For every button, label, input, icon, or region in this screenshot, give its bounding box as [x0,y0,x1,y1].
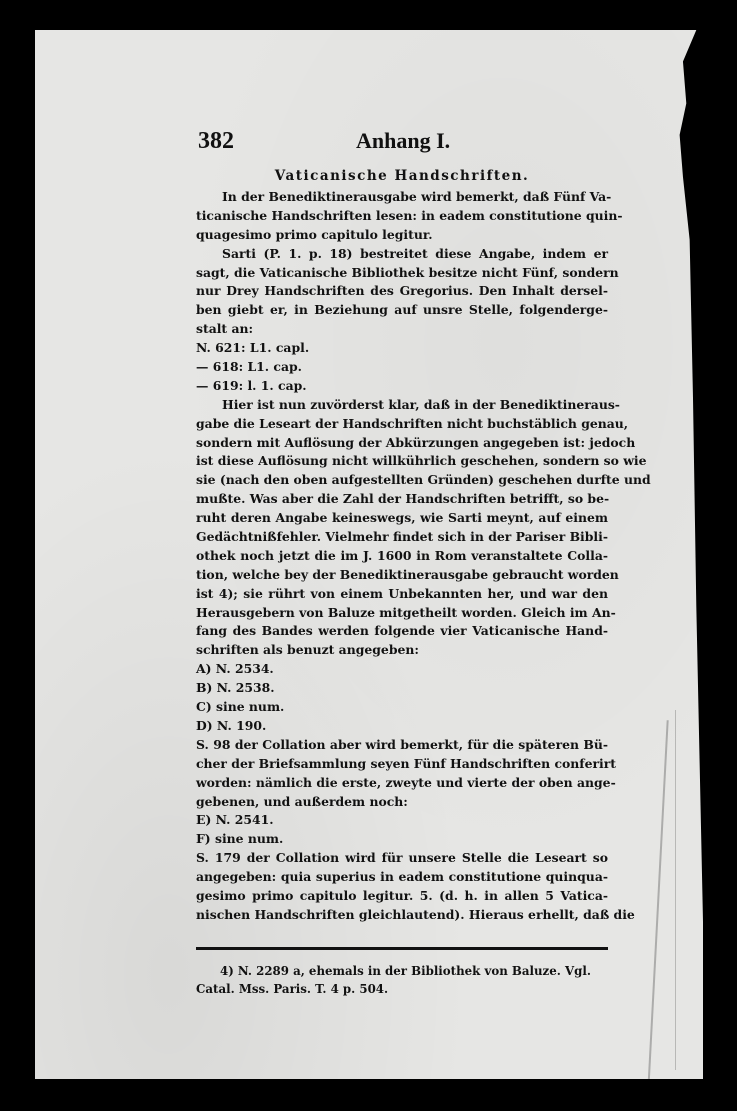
text-line: In der Benediktinerausgabe wird bemerkt,… [196,188,608,207]
text-line: sondern mit Auflösung der Abkürzungen an… [196,434,608,453]
text-line: worden: nämlich die erste, zweyte und vi… [196,774,608,793]
page-number: 382 [198,128,234,155]
text-line: sie (nach den oben aufgestellten Gründen… [196,471,608,490]
text-line: angegeben: quia superius in eadem consti… [196,868,608,887]
text-line: fang des Bandes werden folgende vier Vat… [196,622,608,641]
text-line: gesimo primo capitulo legitur. 5. (d. h.… [196,887,608,906]
footnote-line: Catal. Mss. Paris. T. 4 p. 504. [196,980,608,998]
text-line: Hier ist nun zuvörderst klar, daß in der… [196,396,608,415]
running-title: Anhang I. [356,128,450,154]
text-line: stalt an: [196,320,608,339]
text-line: S. 179 der Collation wird für unsere Ste… [196,849,608,868]
text-line: F) sine num. [196,830,608,849]
text-line: nur Drey Handschriften des Gregorius. De… [196,282,608,301]
text-line: D) N. 190. [196,717,608,736]
footnote-rule [196,947,608,950]
text-line: Herausgebern von Baluze mitgetheilt word… [196,604,608,623]
text-line: ticanische Handschriften lesen: in eadem… [196,207,608,226]
footnote-line: 4) N. 2289 a, ehemals in der Bibliothek … [196,962,608,980]
text-line: schriften als benuzt angegeben: [196,641,608,660]
body-text: In der Benediktinerausgabe wird bemerkt,… [196,188,608,925]
text-line: ist 4); sie rührt von einem Unbekannten … [196,585,608,604]
text-line: ist diese Auflösung nicht willkührlich g… [196,452,608,471]
text-line: gebenen, und außerdem noch: [196,793,608,812]
page-header: 382 Anhang I. [196,128,608,162]
text-line: C) sine num. [196,698,608,717]
text-line: E) N. 2541. [196,811,608,830]
text-line: mußte. Was aber die Zahl der Handschrift… [196,490,608,509]
text-line: gabe die Leseart der Handschriften nicht… [196,415,608,434]
text-line: S. 98 der Collation aber wird bemerkt, f… [196,736,608,755]
text-line: tion, welche bey der Benediktinerausgabe… [196,566,608,585]
page-content: 382 Anhang I. Vaticanische Handschriften… [196,128,608,998]
text-line: B) N. 2538. [196,679,608,698]
page-crease [647,720,668,1090]
text-line: A) N. 2534. [196,660,608,679]
text-line: — 619: l. 1. cap. [196,377,608,396]
footnote: 4) N. 2289 a, ehemals in der Bibliothek … [196,962,608,998]
text-line: Gedächtnißfehler. Vielmehr findet sich i… [196,528,608,547]
text-line: cher der Briefsammlung seyen Fünf Handsc… [196,755,608,774]
text-line: nischen Handschriften gleichlautend). Hi… [196,906,608,925]
page-crease [675,710,676,1070]
text-line: othek noch jetzt die im J. 1600 in Rom v… [196,547,608,566]
text-line: Sarti (P. 1. p. 18) bestreitet diese Ang… [196,245,608,264]
text-line: ruht deren Angabe keineswegs, wie Sarti … [196,509,608,528]
text-line: — 618: L1. cap. [196,358,608,377]
section-title: Vaticanische Handschriften. [196,168,608,188]
text-line: sagt, die Vaticanische Bibliothek besitz… [196,264,608,283]
text-line: quagesimo primo capitulo legitur. [196,226,608,245]
text-line: N. 621: L1. capl. [196,339,608,358]
text-line: ben giebt er, in Beziehung auf unsre Ste… [196,301,608,320]
